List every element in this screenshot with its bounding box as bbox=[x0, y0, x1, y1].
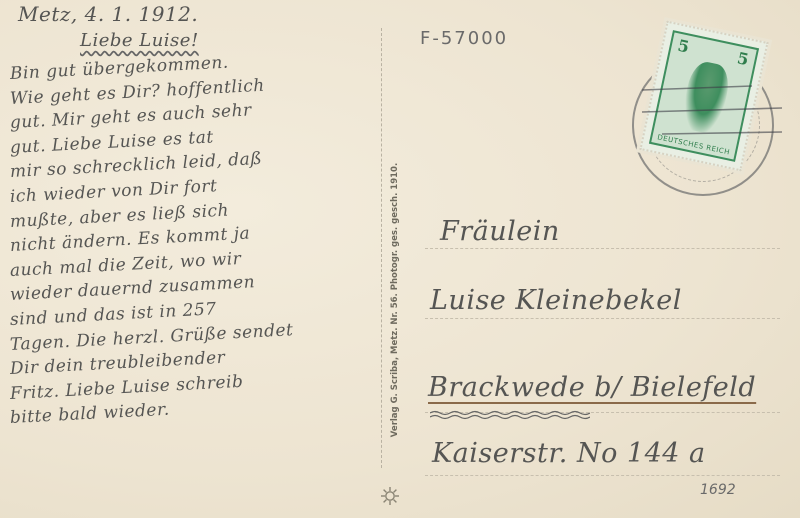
cancellation-lines-icon bbox=[632, 82, 792, 142]
address-name: Luise Kleinebekel bbox=[430, 285, 682, 316]
stamp-value-left: 5 bbox=[676, 36, 691, 57]
address-rule bbox=[425, 475, 780, 476]
message-body: Bin gut übergekommen. Wie geht es Dir? h… bbox=[10, 62, 380, 431]
stamp-value-right: 5 bbox=[736, 48, 751, 69]
wavy-underline-icon bbox=[430, 410, 590, 420]
salutation: Liebe Luise! bbox=[80, 30, 199, 51]
archive-number: F-57000 bbox=[420, 28, 508, 49]
stamp-area: 5 5 DEUTSCHES REICH bbox=[612, 12, 800, 192]
postcard-back: Metz, 4. 1. 1912. Liebe Luise! Bin gut ü… bbox=[0, 0, 800, 518]
address-street: Kaiserstr. No 144 a bbox=[432, 438, 706, 469]
address-rule bbox=[425, 318, 780, 319]
address-city: Brackwede b/ Bielefeld bbox=[428, 372, 756, 403]
sun-logo-icon bbox=[380, 486, 400, 506]
date-line: Metz, 4. 1. 1912. bbox=[18, 2, 198, 26]
center-divider bbox=[381, 28, 383, 468]
publisher-imprint: Verlag G. Scriba, Metz. Nr. 56. Photogr.… bbox=[390, 163, 400, 437]
address-title: Fräulein bbox=[440, 216, 560, 247]
address-rule bbox=[425, 248, 780, 249]
reference-number: 1692 bbox=[700, 482, 736, 498]
